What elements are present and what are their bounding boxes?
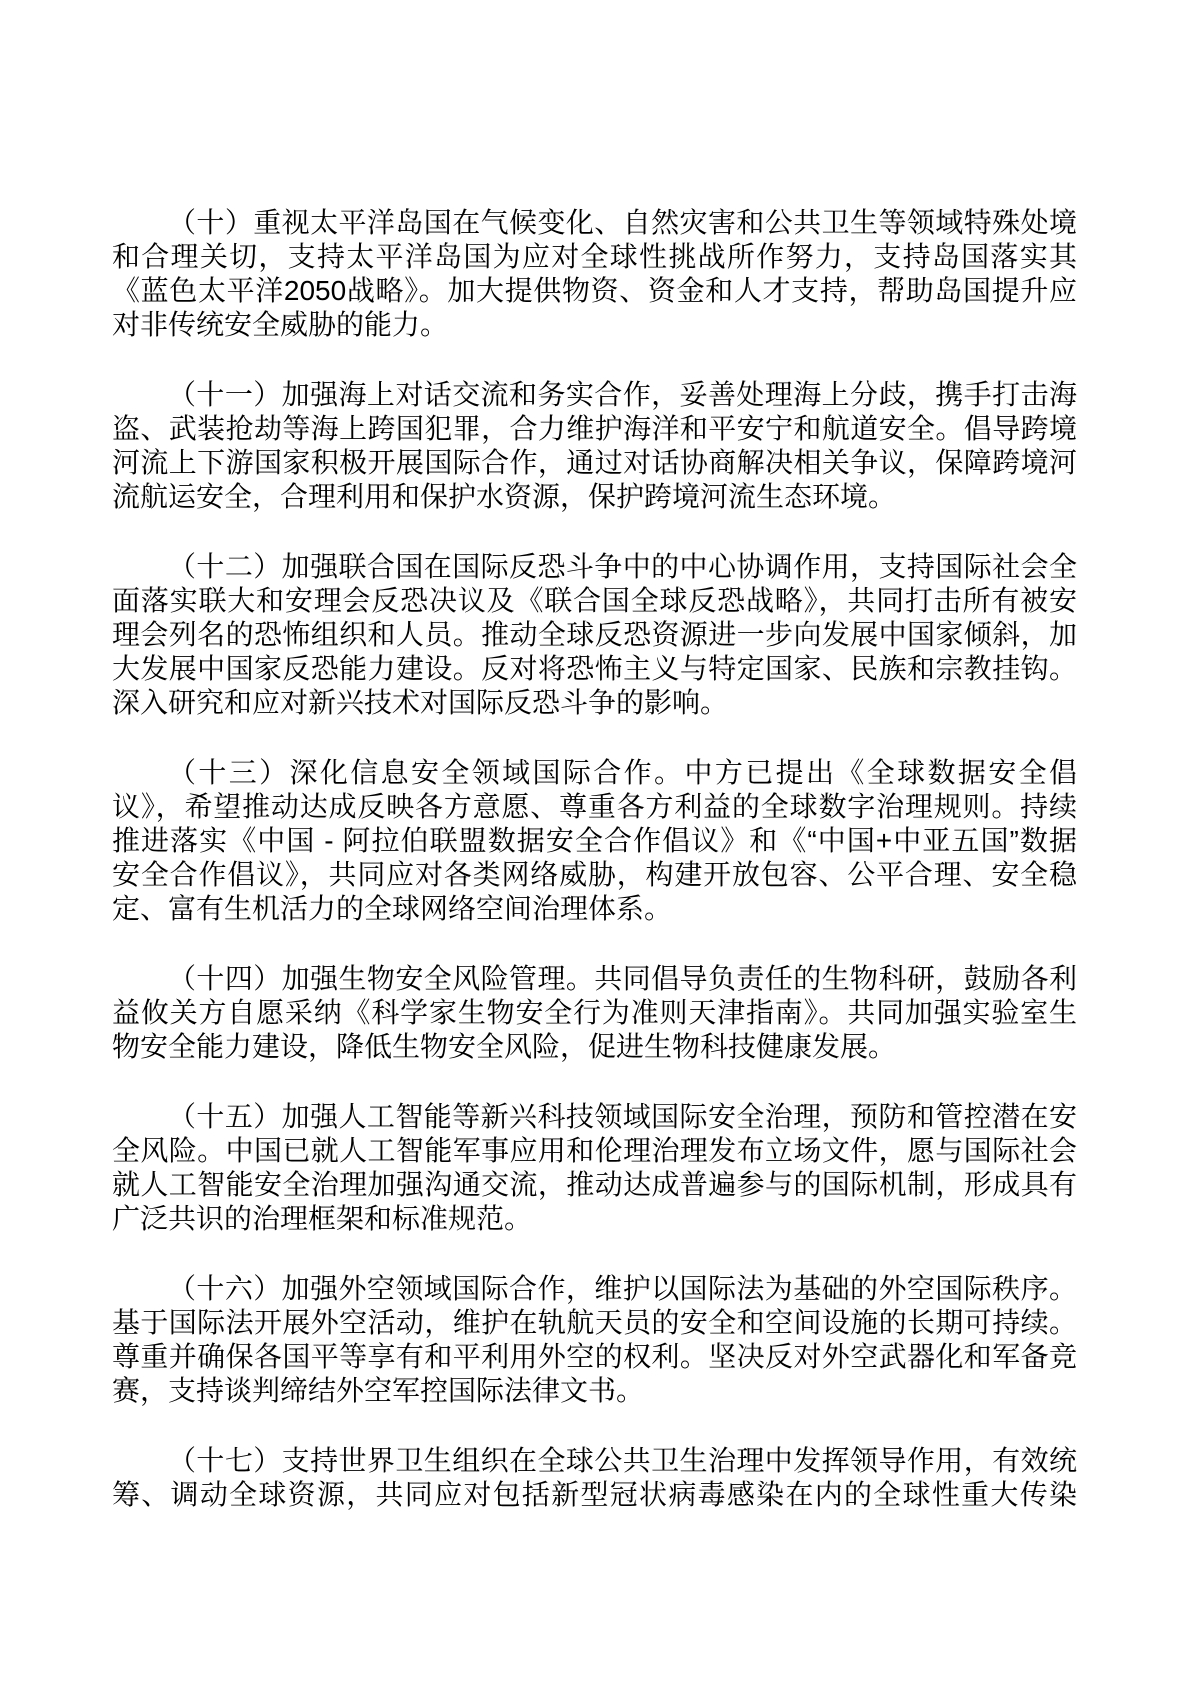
text-line: 广泛共识的治理框架和标准规范。 bbox=[112, 1202, 1077, 1236]
text-line: 益攸关方自愿采纳《科学家生物安全行为准则天津指南》。共同加强实验室生 bbox=[112, 996, 1077, 1030]
text-line: 对非传统安全威胁的能力。 bbox=[112, 308, 1077, 342]
text-line: 尊重并确保各国平等享有和平利用外空的权利。坚决反对外空武器化和军备竞 bbox=[112, 1340, 1077, 1374]
text-line: （十）重视太平洋岛国在气候变化、自然灾害和公共卫生等领域特殊处境 bbox=[112, 206, 1077, 240]
text-line: （十四）加强生物安全风险管理。共同倡导负责任的生物科研，鼓励各利 bbox=[112, 962, 1077, 996]
text-line: 面落实联大和安理会反恐决议及《联合国全球反恐战略》，共同打击所有被安 bbox=[112, 584, 1077, 618]
text-line: （十七）支持世界卫生组织在全球公共卫生治理中发挥领导作用，有效统 bbox=[112, 1444, 1077, 1478]
text-line: 基于国际法开展外空活动，维护在轨航天员的安全和空间设施的长期可持续。 bbox=[112, 1306, 1077, 1340]
text-line: 安全合作倡议》，共同应对各类网络威胁，构建开放包容、公平合理、安全稳 bbox=[112, 858, 1077, 892]
text-line: （十三）深化信息安全领域国际合作。中方已提出《全球数据安全倡 bbox=[112, 756, 1077, 790]
document-page: （十）重视太平洋岛国在气候变化、自然灾害和公共卫生等领域特殊处境 和合理关切，支… bbox=[0, 0, 1189, 1683]
text-line: 推进落实《中国 - 阿拉伯联盟数据安全合作倡议》和《“中国+中亚五国”数据 bbox=[112, 824, 1077, 858]
text-line: 《蓝色太平洋2050战略》。加大提供物资、资金和人才支持，帮助岛国提升应 bbox=[112, 274, 1077, 308]
text-line: （十五）加强人工智能等新兴科技领域国际安全治理，预防和管控潜在安 bbox=[112, 1100, 1077, 1134]
text-line: 物安全能力建设，降低生物安全风险，促进生物科技健康发展。 bbox=[112, 1030, 1077, 1064]
text-line: 定、富有生机活力的全球网络空间治理体系。 bbox=[112, 892, 1077, 926]
text-line: 深入研究和应对新兴技术对国际反恐斗争的影响。 bbox=[112, 686, 1077, 720]
text-line: （十六）加强外空领域国际合作，维护以国际法为基础的外空国际秩序。 bbox=[112, 1272, 1077, 1306]
text-line: 流航运安全，合理利用和保护水资源，保护跨境河流生态环境。 bbox=[112, 480, 1077, 514]
text-line: 河流上下游国家积极开展国际合作，通过对话协商解决相关争议，保障跨境河 bbox=[112, 446, 1077, 480]
text-line: 就人工智能安全治理加强沟通交流，推动达成普遍参与的国际机制，形成具有 bbox=[112, 1168, 1077, 1202]
text-line: 盗、武装抢劫等海上跨国犯罪，合力维护海洋和平安宁和航道安全。倡导跨境 bbox=[112, 412, 1077, 446]
text-line: 全风险。中国已就人工智能军事应用和伦理治理发布立场文件，愿与国际社会 bbox=[112, 1134, 1077, 1168]
text-line: （十一）加强海上对话交流和务实合作，妥善处理海上分歧，携手打击海 bbox=[112, 378, 1077, 412]
document-content: （十）重视太平洋岛国在气候变化、自然灾害和公共卫生等领域特殊处境 和合理关切，支… bbox=[0, 0, 1189, 1512]
text-line: 大发展中国家反恐能力建设。反对将恐怖主义与特定国家、民族和宗教挂钩。 bbox=[112, 652, 1077, 686]
text-line: （十二）加强联合国在国际反恐斗争中的中心协调作用，支持国际社会全 bbox=[112, 550, 1077, 584]
text-line: 和合理关切，支持太平洋岛国为应对全球性挑战所作努力，支持岛国落实其 bbox=[112, 240, 1077, 274]
text-line: 议》，希望推动达成反映各方意愿、尊重各方利益的全球数字治理规则。持续 bbox=[112, 790, 1077, 824]
text-line: 赛，支持谈判缔结外空军控国际法律文书。 bbox=[112, 1374, 1077, 1408]
text-line: 理会列名的恐怖组织和人员。推动全球反恐资源进一步向发展中国家倾斜，加 bbox=[112, 618, 1077, 652]
text-line: 筹、调动全球资源，共同应对包括新型冠状病毒感染在内的全球性重大传染 bbox=[112, 1478, 1077, 1512]
